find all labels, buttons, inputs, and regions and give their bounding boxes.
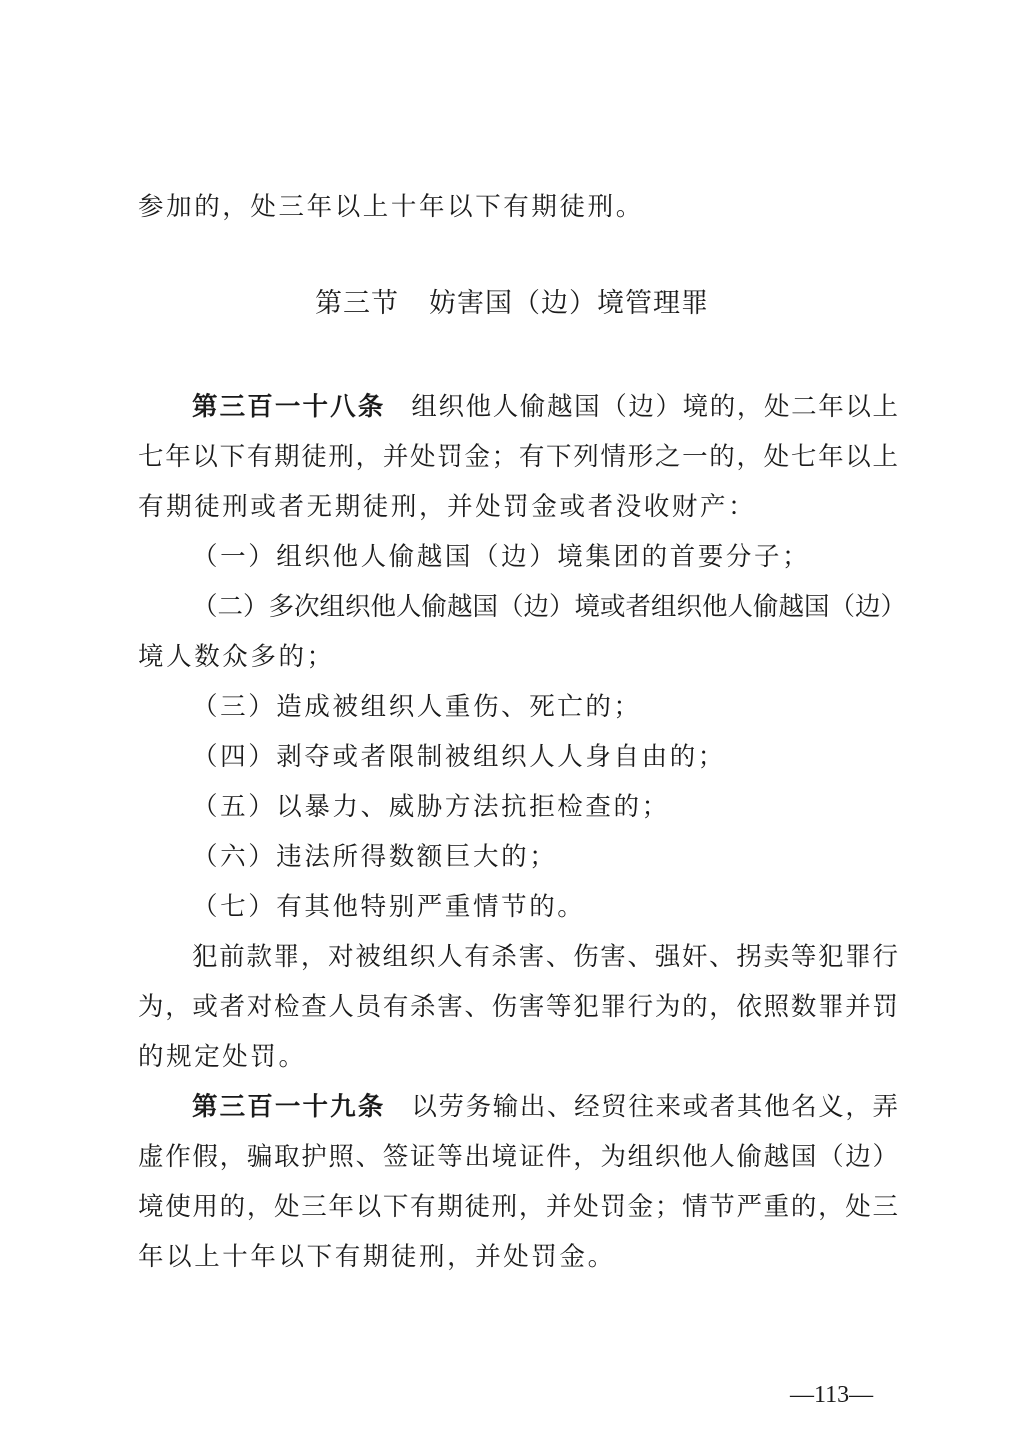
document-page: 参加的，处三年以上十年以下有期徒刑。 第三节妨害国（边）境管理罪 第三百一十八条… — [0, 0, 1024, 1448]
article-318-heading: 第三百一十八条 — [192, 392, 385, 422]
article-318-line-3: 有期徒刑或者无期徒刑，并处罚金或者没收财产： — [138, 490, 898, 524]
article-319-line-1: 第三百一十九条以劳务输出、经贸往来或者其他名义，弄 — [192, 1090, 898, 1124]
article-319-line-4: 年以上十年以下有期徒刑，并处罚金。 — [138, 1240, 898, 1274]
section-name: 妨害国（边）境管理罪 — [429, 288, 709, 319]
page-number: —113— — [790, 1380, 873, 1410]
article-319-text: 以劳务输出、经贸往来或者其他名义，弄 — [411, 1092, 898, 1122]
article-318-item-7: （七）有其他特别严重情节的。 — [192, 890, 898, 924]
article-318-item-4: （四）剥夺或者限制被组织人人身自由的； — [192, 740, 898, 774]
section-title: 第三节妨害国（边）境管理罪 — [0, 286, 1024, 322]
article-318-item-5: （五）以暴力、威胁方法抗拒检查的； — [192, 790, 898, 824]
section-number: 第三节 — [315, 288, 399, 319]
article-319-heading: 第三百一十九条 — [192, 1092, 385, 1122]
article-318-item-6: （六）违法所得数额巨大的； — [192, 840, 898, 874]
article-318-line-1: 第三百一十八条组织他人偷越国（边）境的，处二年以上 — [192, 390, 898, 424]
article-318-item-1: （一）组织他人偷越国（边）境集团的首要分子； — [192, 540, 898, 574]
article-318-item-2: （二）多次组织他人偷越国（边）境或者组织他人偷越国（边） — [192, 590, 898, 624]
article-318-item-2-cont: 境人数众多的； — [138, 640, 898, 674]
article-318-para2-line-1: 犯前款罪，对被组织人有杀害、伤害、强奸、拐卖等犯罪行 — [192, 940, 898, 974]
continuation-text: 参加的，处三年以上十年以下有期徒刑。 — [138, 190, 898, 224]
article-319-line-3: 境使用的，处三年以下有期徒刑，并处罚金；情节严重的，处三 — [138, 1190, 898, 1224]
article-318-line-2: 七年以下有期徒刑，并处罚金；有下列情形之一的，处七年以上 — [138, 440, 898, 474]
article-318-para2-line-3: 的规定处罚。 — [138, 1040, 898, 1074]
article-319-line-2: 虚作假，骗取护照、签证等出境证件，为组织他人偷越国（边） — [138, 1140, 898, 1174]
article-318-item-3: （三）造成被组织人重伤、死亡的； — [192, 690, 898, 724]
article-318-text: 组织他人偷越国（边）境的，处二年以上 — [411, 392, 898, 422]
article-318-para2-line-2: 为，或者对检查人员有杀害、伤害等犯罪行为的，依照数罪并罚 — [138, 990, 898, 1024]
